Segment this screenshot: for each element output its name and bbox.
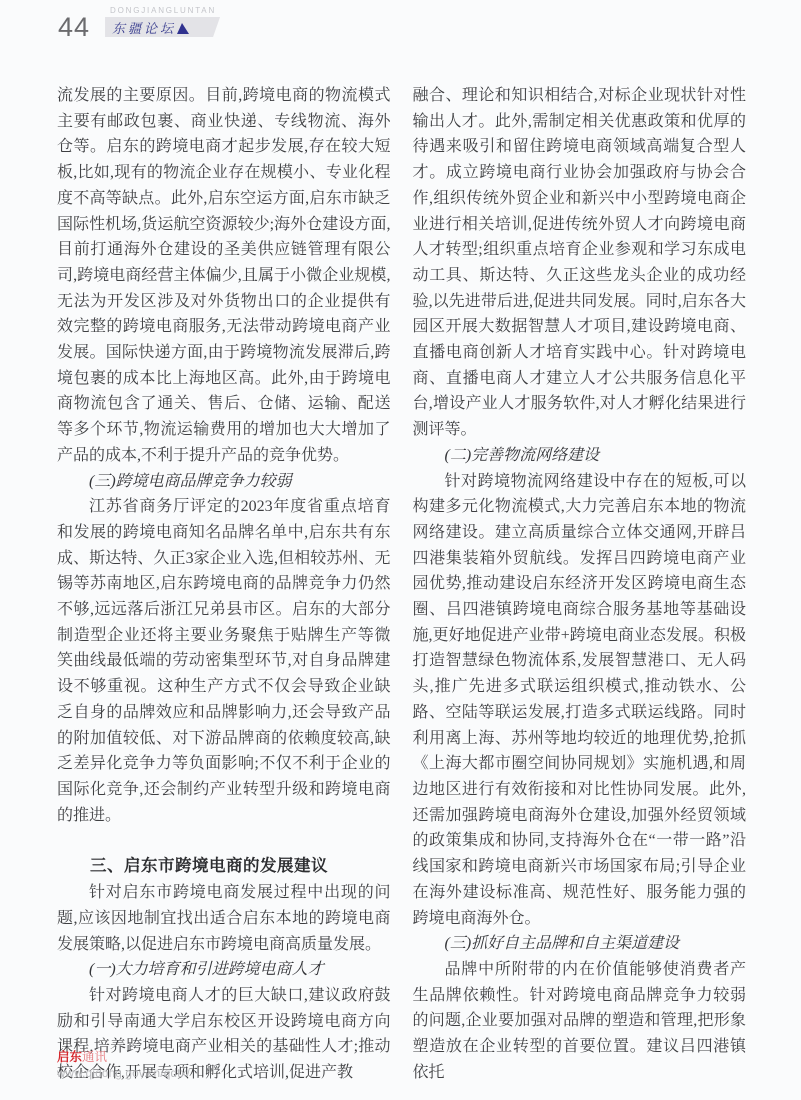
subsection-heading: (三)抓好自主品牌和自主渠道建设 — [413, 931, 747, 957]
footer-brand-secondary: 通讯 — [82, 1050, 107, 1064]
left-column: 流发展的主要原因。目前,跨境电商的物流模式主要有邮政包裹、商业快递、专线物流、海… — [57, 83, 391, 1086]
journal-logo: DONGJIANGLUNTAN 东疆论坛 — [105, 6, 220, 37]
subsection-heading: (三)跨境电商品牌竞争力较弱 — [57, 469, 391, 495]
journal-name-cn: 东疆论坛 — [112, 18, 176, 37]
footer-brand: 启东通讯 — [57, 1049, 190, 1065]
journal-name-en: DONGJIANGLUNTAN — [110, 6, 220, 15]
paragraph: 流发展的主要原因。目前,跨境电商的物流模式主要有邮政包裹、商业快递、专线物流、海… — [57, 83, 391, 469]
right-column: 融合、理论和知识相结合,对标企业现状针对性输出人才。此外,需制定相关优惠政策和优… — [413, 83, 747, 1086]
section-heading: 三、启东市跨境电商的发展建议 — [57, 854, 391, 880]
page-number: 44 — [58, 14, 90, 41]
paragraph: 融合、理论和知识相结合,对标企业现状针对性输出人才。此外,需制定相关优惠政策和优… — [413, 83, 747, 443]
subsection-heading: (二)完善物流网络建设 — [413, 443, 747, 469]
paragraph: 针对跨境物流网络建设中存在的短板,可以构建多元化物流模式,大力完善启东本地的物流… — [413, 469, 747, 932]
footer-brand-primary: 启东 — [57, 1050, 82, 1064]
page-header: 44 DONGJIANGLUNTAN 东疆论坛 — [58, 6, 220, 41]
footer-url: www.qidong.gov.cn/qdtx/ — [57, 1068, 190, 1080]
paragraph: 针对启东市跨境电商发展过程中出现的问题,应该因地制宜找出适合启东本地的跨境电商发… — [57, 880, 391, 957]
paragraph: 品牌中所附带的内在价值能够使消费者产生品牌依赖性。针对跨境电商品牌竞争力较弱的问… — [413, 957, 747, 1086]
article-body: 流发展的主要原因。目前,跨境电商的物流模式主要有邮政包裹、商业快递、专线物流、海… — [57, 83, 746, 1086]
journal-name-box: 东疆论坛 — [105, 17, 220, 37]
page-footer: 启东通讯 www.qidong.gov.cn/qdtx/ — [57, 1049, 190, 1080]
paragraph: 江苏省商务厅评定的2023年度省重点培育和发展的跨境电商知名品牌名单中,启东共有… — [57, 494, 391, 828]
journal-page: 44 DONGJIANGLUNTAN 东疆论坛 流发展的主要原因。目前,跨境电商… — [0, 0, 801, 1100]
subsection-heading: (一)大力培育和引进跨境电商人才 — [57, 957, 391, 983]
triangle-icon — [177, 23, 189, 34]
